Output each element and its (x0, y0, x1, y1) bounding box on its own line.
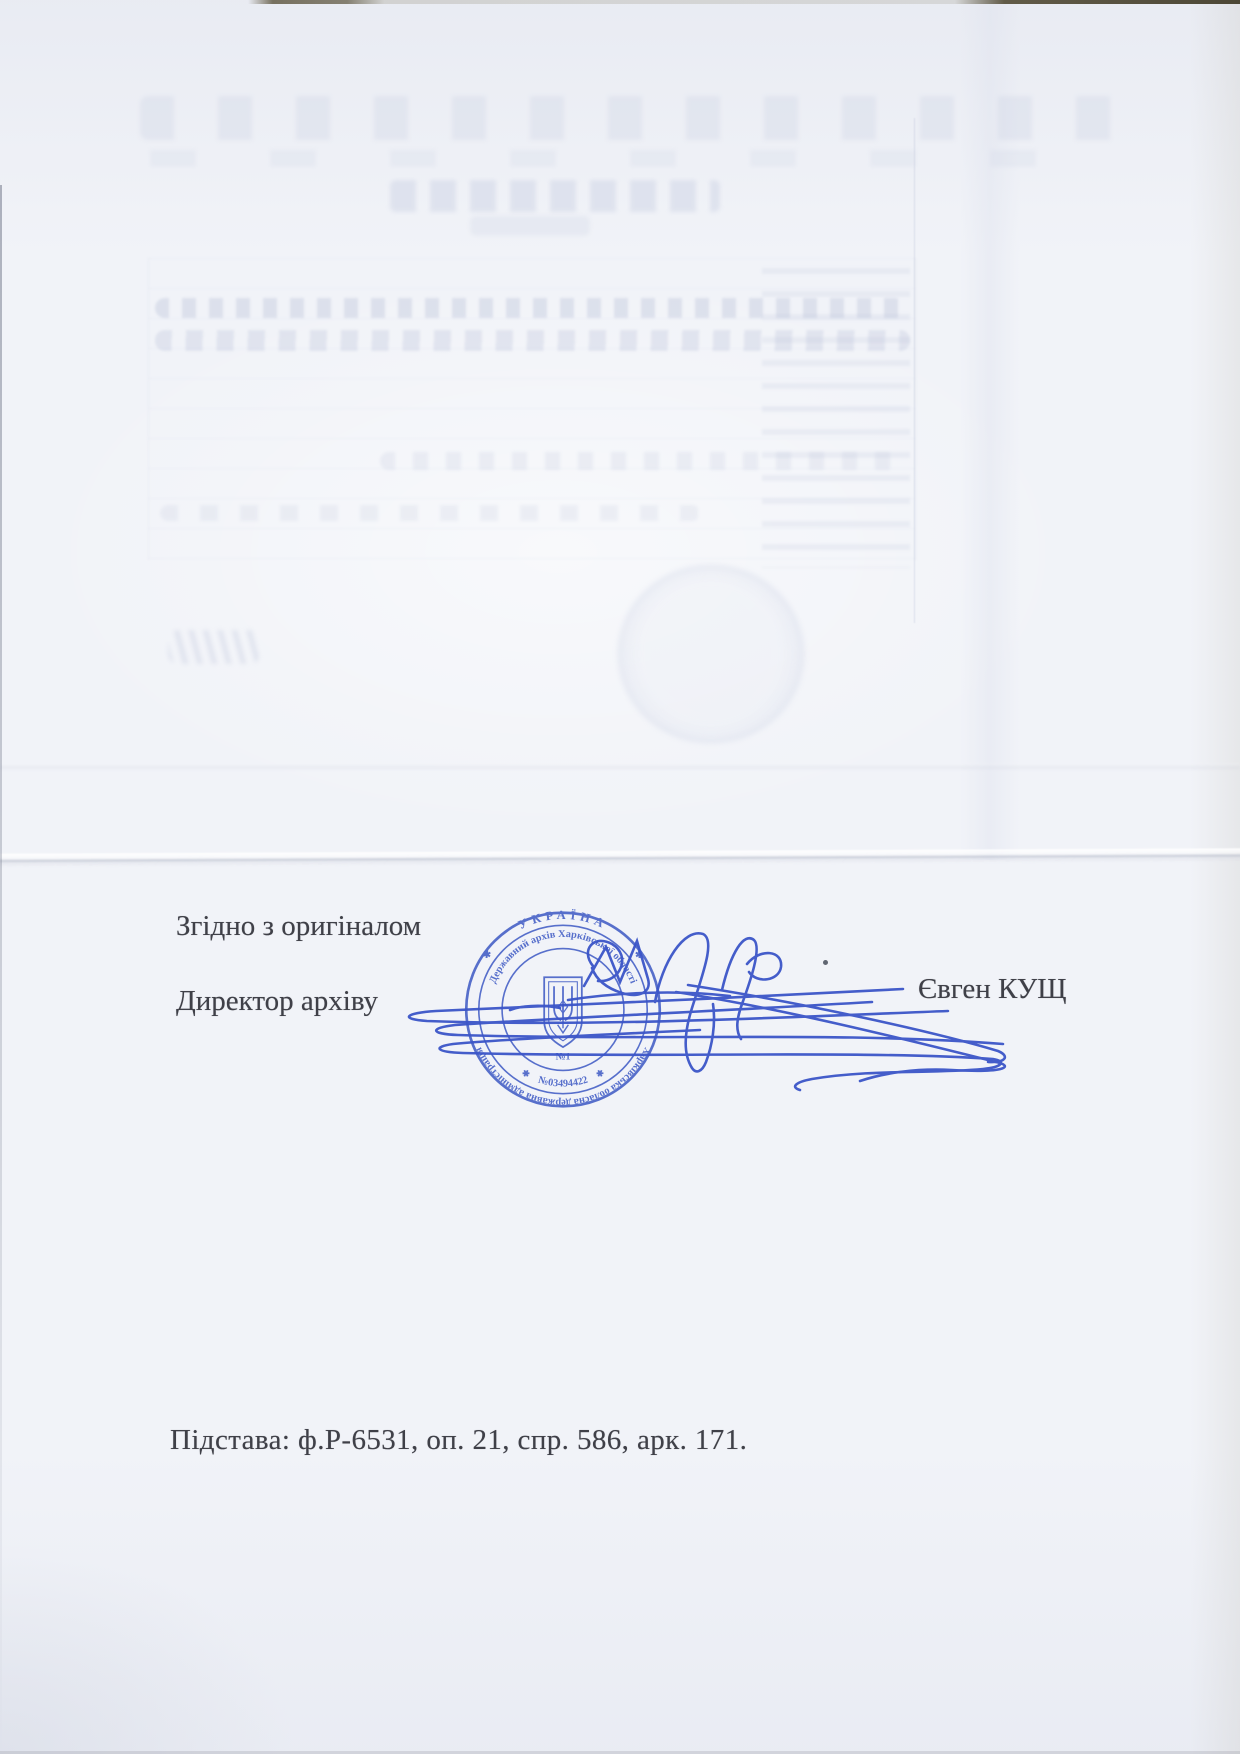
signature-svg (280, 895, 1040, 1115)
bleedthrough-handwriting-row (380, 452, 900, 470)
paper-shading-top (0, 0, 1240, 300)
paper-tone-band (960, 0, 1020, 860)
signature-peak (655, 933, 714, 1071)
bleedthrough-round-stamp (618, 565, 804, 743)
basis-reference-line: Підстава: ф.Р-6531, оп. 21, спр. 586, ар… (170, 1424, 747, 1457)
bleedthrough-text-row (140, 96, 1130, 140)
bleedthrough-scribble (168, 630, 260, 664)
bleedthrough-table-column (762, 268, 910, 568)
paper-shading-bottom (0, 1450, 1240, 1754)
signature-knot (747, 953, 781, 979)
bleedthrough-handwriting-row (155, 298, 905, 318)
paper-shading-right-edge (1190, 0, 1240, 1754)
bleedthrough-handwriting-row (155, 330, 910, 351)
signature-stroke (510, 1006, 560, 1010)
paper-shading-bottom-left (0, 1350, 420, 1754)
scan-edge-top (0, 0, 1240, 4)
scan-edge-left (0, 185, 2, 1754)
handwritten-signature (280, 895, 1040, 1115)
bleedthrough-mirrored-title (390, 180, 720, 212)
paper-shading-middle (0, 300, 1240, 860)
bleedthrough-table-grid (148, 258, 916, 560)
bleedthrough-mirrored-title (470, 216, 590, 236)
scanned-document-page: Згідно з оригіналом Директор архіву Євге… (0, 0, 1240, 1754)
signature-peak (722, 938, 757, 1039)
bleedthrough-text-row (150, 150, 1110, 167)
paper-fold-crease (0, 848, 1240, 867)
paper-crease-faint (0, 763, 1240, 771)
ink-dot (823, 960, 828, 965)
bleedthrough-handwriting-row (160, 505, 700, 521)
bleedthrough-table-border (914, 118, 915, 623)
